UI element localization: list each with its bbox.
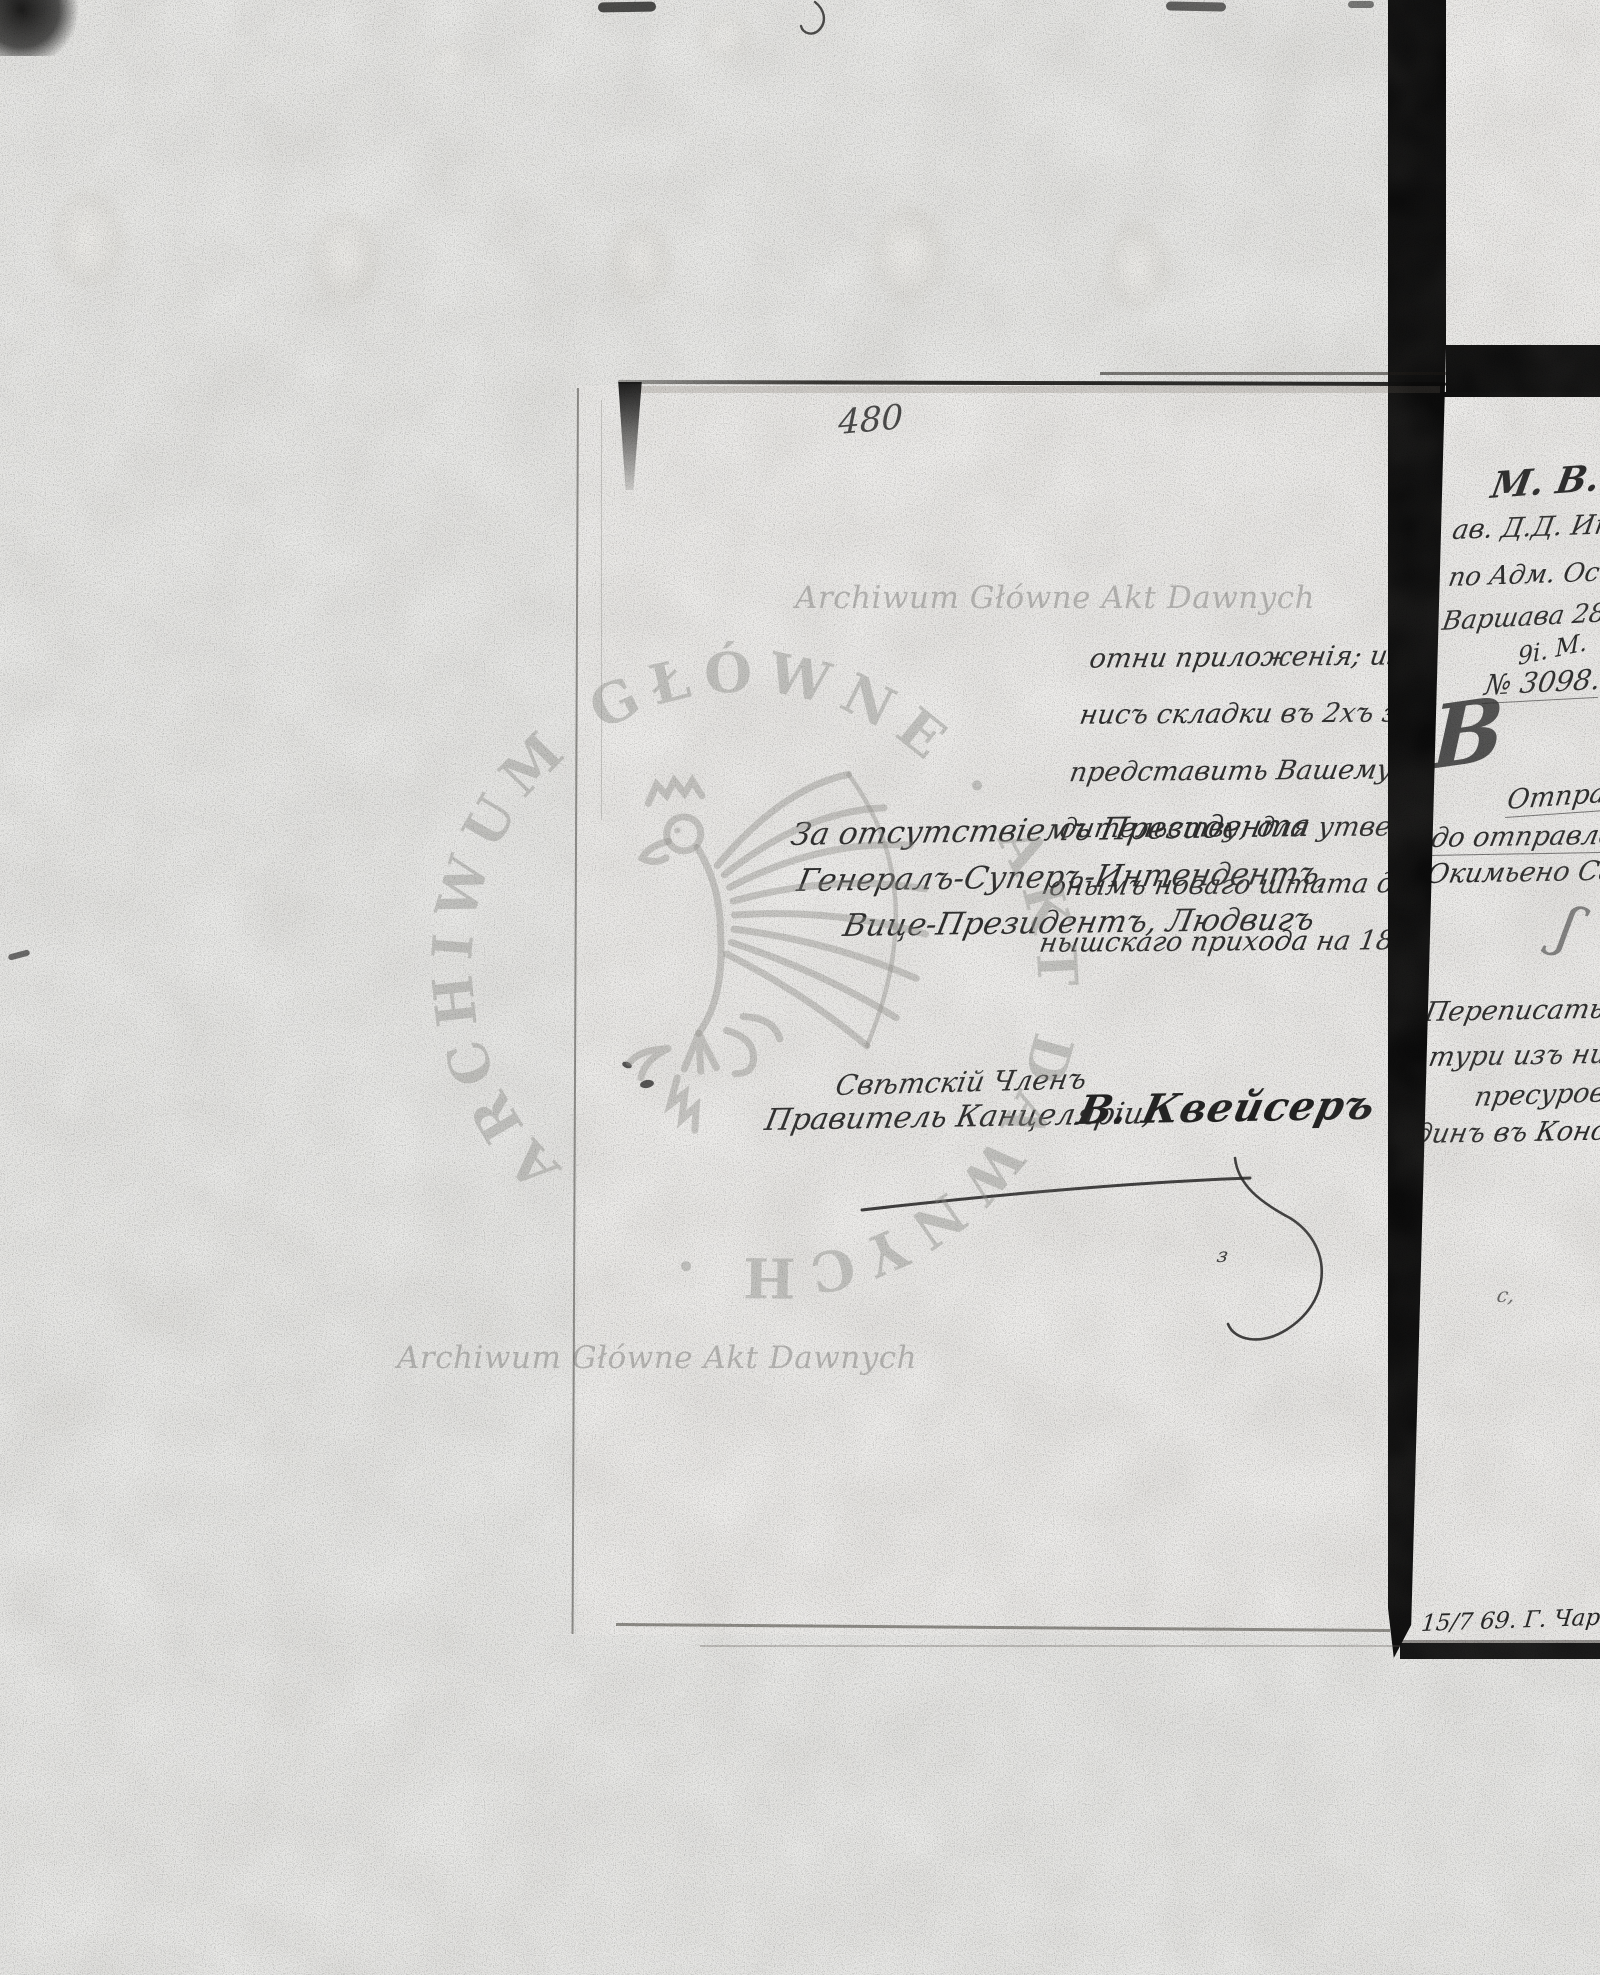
watermark-ring-text: ARCHIWUM GŁÓWNE · AKT DAWNYCH · <box>420 640 1080 1310</box>
paper-stain <box>420 40 480 100</box>
body-line: нисъ складки въ 2хъ экземплярахъ <box>1075 683 1390 744</box>
page-bottom-edge <box>1400 1643 1600 1659</box>
archivist-annotation: 15/7 69. Г. Чарн: <box>1420 1604 1600 1637</box>
paper-stain <box>300 205 390 350</box>
paper-stain <box>690 8 760 88</box>
right-page-line: ав. Д.Д. Ин. п <box>1450 508 1600 546</box>
right-page-line: динъ въ Конси с <box>1412 1115 1600 1150</box>
left-edge-mark <box>8 949 31 960</box>
top-edge-mark <box>1348 1 1374 8</box>
page-top-edge-outer <box>1100 372 1446 375</box>
right-page-line: по Адм. Осет. в <box>1446 555 1600 593</box>
paper-stain <box>1095 215 1180 355</box>
stray-ink-squiggle <box>795 0 845 45</box>
right-page-line: пресуровъ. В <box>1472 1075 1600 1113</box>
right-page-monogram: М. В. <box>1488 457 1600 507</box>
right-page-line: тури изъ нихъ д. <box>1426 1038 1600 1073</box>
top-edge-mark <box>598 1 656 12</box>
page-top-edge-shadow <box>640 386 1440 393</box>
paper-stain <box>40 185 135 335</box>
paper-stain <box>860 200 955 350</box>
right-page-line: Переписать отто <box>1422 992 1600 1028</box>
archival-scan-canvas: 480 отни приложенія; изъ нихъ же р нисъ … <box>0 0 1600 1975</box>
eagle-emblem <box>601 756 948 1137</box>
page-stack-edge-line <box>700 1645 1400 1647</box>
paper-stain <box>600 215 680 345</box>
top-edge-mark <box>1166 1 1226 11</box>
corner-ink-blob <box>0 0 84 56</box>
archive-eagle-watermark: ARCHIWUM GŁÓWNE · AKT DAWNYCH · <box>420 640 1080 1310</box>
signature-name: В. Квейсеръ <box>1073 1082 1381 1134</box>
right-page-line: до отправлен <box>1428 819 1600 856</box>
binding-shadow-band <box>1446 345 1600 392</box>
page-number: 480 <box>838 397 903 443</box>
right-page-initial: В <box>1430 677 1506 790</box>
body-line: представить Вашему Прево- <box>1065 740 1390 801</box>
right-page-line: Отпра <box>1505 778 1600 818</box>
body-line: отни приложенія; изъ нихъ же р <box>1085 625 1390 687</box>
top-page-fragment <box>1446 0 1600 345</box>
right-page-line: Окимьено Сар <box>1424 855 1600 890</box>
right-page-swash: ʃ <box>1550 892 1586 962</box>
right-page-tiny-mark: с, <box>1495 1283 1517 1307</box>
